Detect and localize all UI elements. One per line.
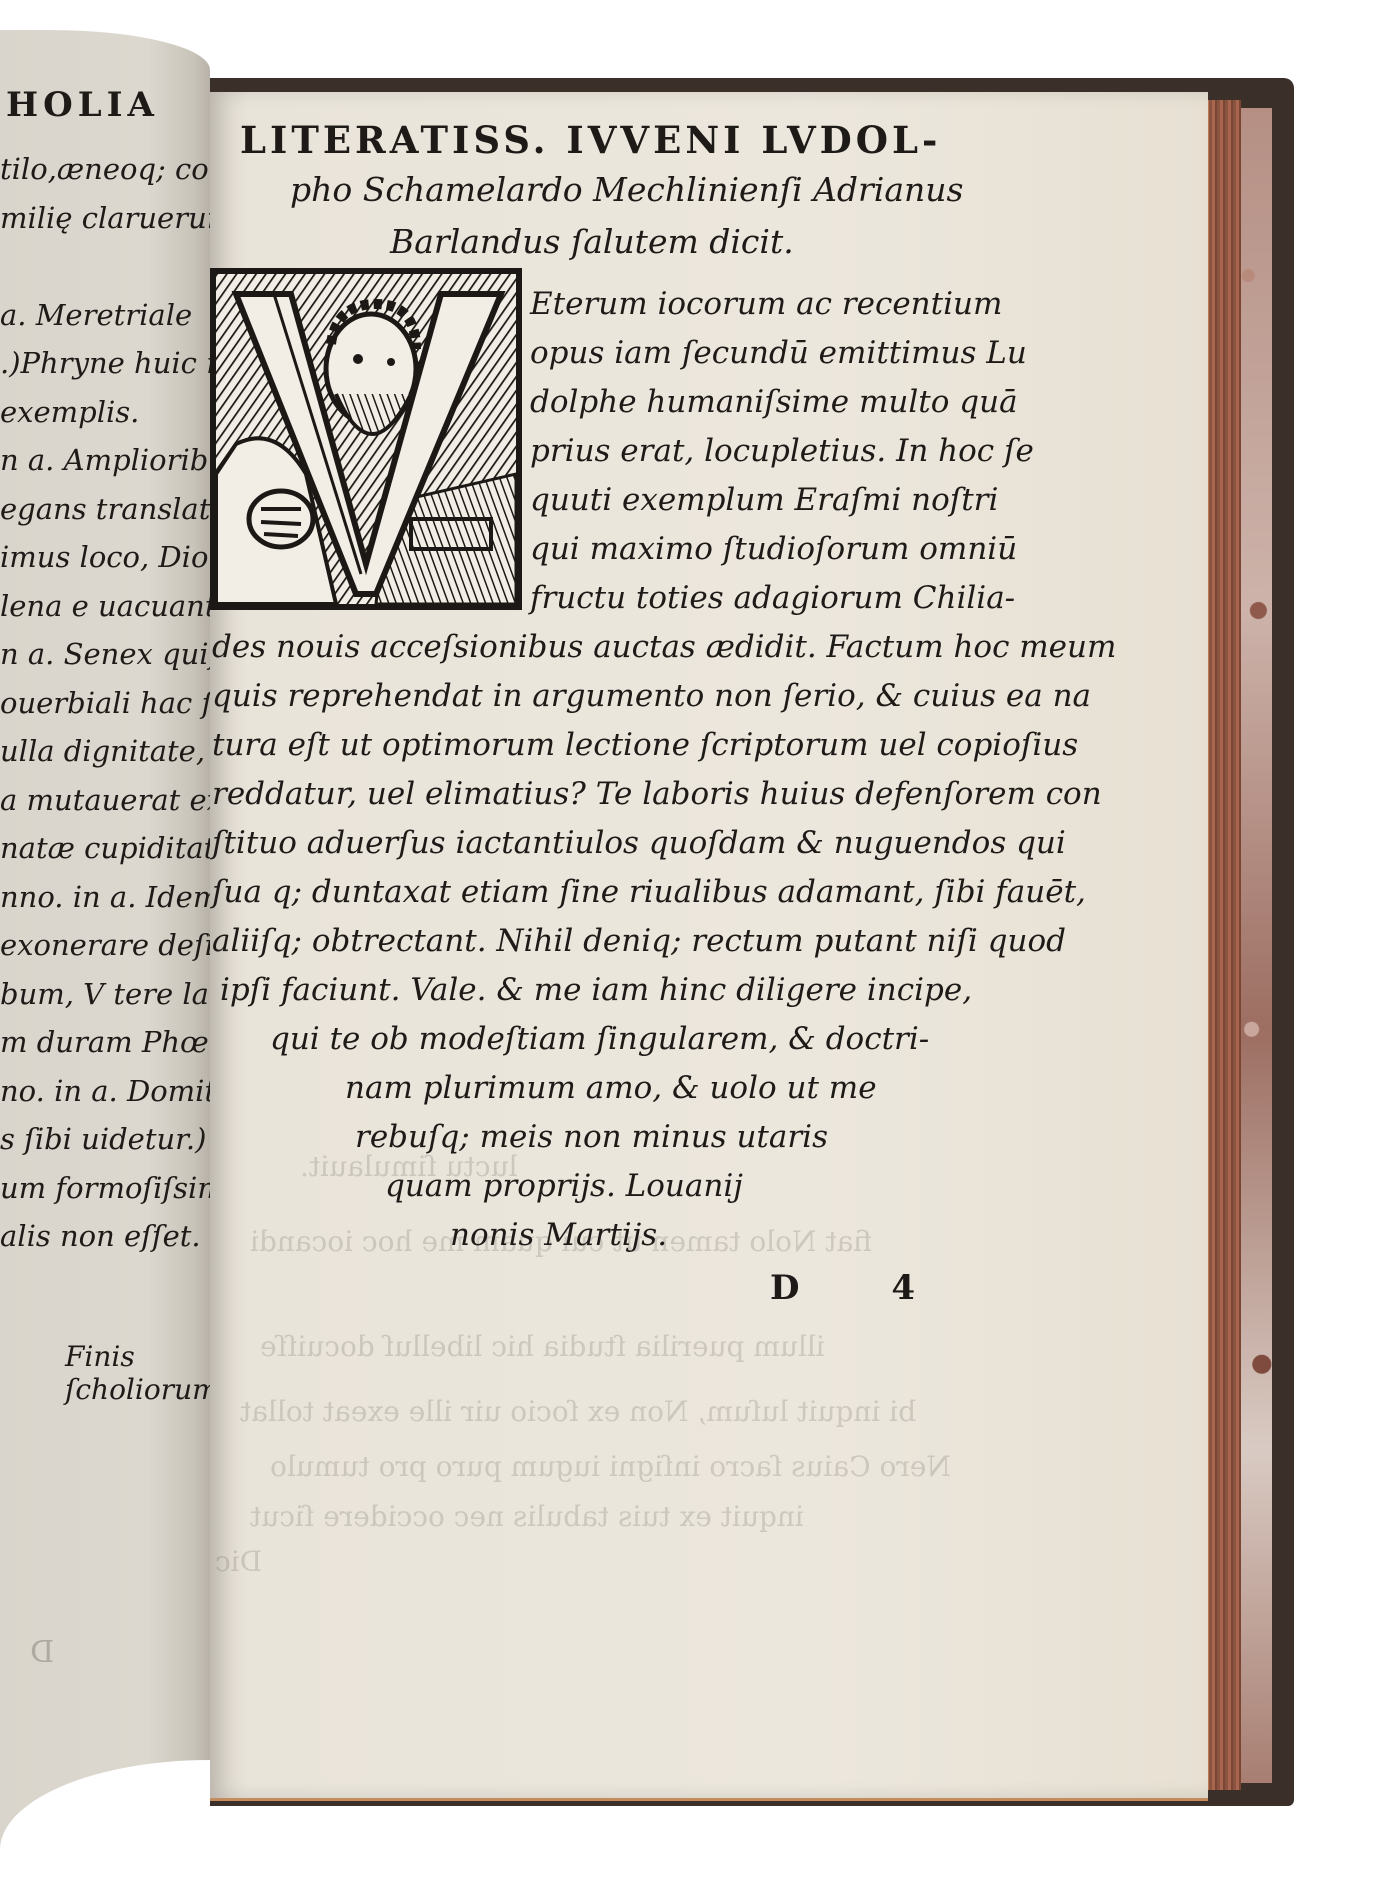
text-line: fructu toties adagiorum Chilia-: [530, 580, 1015, 616]
text-line: natæ cupiditatis & auar: [0, 824, 210, 873]
left-page-text: tilo,æneoq; colore. Suc milię claruerunt…: [0, 145, 210, 1261]
text-line: .)Phryne huic nomē fu: [0, 339, 210, 388]
text-line: um formoſiſsimus uide: [0, 1164, 210, 1213]
show-through-line: bi inquit luſum, Non ex ſocio uir ille e…: [240, 1395, 916, 1428]
text-line: ouerbiali hac ſententia: [0, 679, 210, 728]
text-line: imus loco, Dionyſium: [0, 533, 210, 582]
text-line: nno. in a. Idem fuit uidu: [0, 873, 210, 922]
text-line: reddatur, uel elimatius? Te laboris huiu…: [212, 776, 1102, 812]
woodcut-bearded-man-icon: [216, 274, 516, 604]
marbled-endpaper: [1238, 108, 1272, 1783]
show-through-line: illum puerilia ſtudia hic libelluſ docui…: [260, 1330, 825, 1363]
page-curl: [0, 1760, 210, 1850]
text-line: egans translatio, Simile: [0, 485, 210, 534]
open-book: luctu ſimulauit. fiat Nolo tamen ut cui …: [0, 0, 1373, 1890]
left-page: HOLIA tilo,æneoq; colore. Suc milię clar…: [0, 30, 210, 1850]
text-line: exonerare deſi.) Non d: [0, 921, 210, 970]
text-line: aliiſq; obtrectant. Nihil deniq; rectum …: [212, 923, 1066, 959]
text-line: lena e uacuantur, abijcie: [0, 582, 210, 631]
text-line: ſtituo aduerſus iactantiulos quoſdam & n…: [212, 825, 1066, 861]
text-line: qui te ob modeſtiam ſingularem, & doctri…: [270, 1021, 929, 1057]
red-page-edges: [1207, 100, 1241, 1790]
show-through-signature: D: [30, 1635, 54, 1670]
woodcut-initial-v: [210, 268, 522, 610]
text-line: n a. Senex quiſpiam.: [0, 630, 210, 679]
text-line: ipſi faciunt. Vale. & me iam hinc dilige…: [220, 972, 972, 1008]
text-line: des nouis acceſsionibus auctas ædidit. F…: [212, 629, 1116, 665]
text-line: milię claruerunt, alu: [0, 194, 210, 243]
signature-mark: D 4: [770, 1268, 955, 1308]
text-line: quuti exemplum Eraſmi noſtri: [530, 482, 998, 518]
text-line: alis non eſſet.: [0, 1212, 210, 1261]
text-line: nam plurimum amo, & uolo ut me: [345, 1070, 877, 1106]
text-line: [0, 242, 210, 291]
text-line: Eterum iocorum ac recentium: [530, 286, 1002, 322]
text-line: ulla dignitate, nullis mun: [0, 727, 210, 776]
text-line: ſua q; duntaxat etiam ſine riualibus ada…: [212, 874, 1086, 910]
show-through-line: Nero Caius ſacro inſigni iugum puro pro …: [270, 1450, 951, 1483]
show-through-line: inquit ex tuis tabulis nec occidere ſicu…: [250, 1500, 804, 1533]
text-line: qui maximo ſtudioſorum omniū: [530, 531, 1017, 567]
closing-line: Finis ſcholiorum.: [65, 1340, 210, 1406]
show-through-line: Dic: [215, 1545, 262, 1578]
text-line: exemplis.: [0, 388, 210, 437]
letter-heading: LITERATISS. IVVENI LVDOL-: [240, 118, 941, 162]
text-line: s ſibi uidetur.) Notatur: [0, 1115, 210, 1164]
text-line: tura eſt ut optimorum lectione ſcriptoru…: [212, 727, 1078, 763]
text-line: prius erat, locupletius. In hoc ſe: [530, 433, 1034, 469]
text-line: nonis Martijs.: [450, 1217, 667, 1253]
text-line: dolphe humaniſsime multo quā: [530, 384, 1018, 420]
text-line: quis reprehendat in argumento non ſerio,…: [212, 678, 1091, 714]
letter-subheading: pho Schamelardo Mechlinienſi Adrianus: [290, 170, 963, 209]
text-line: a mutauerat ex priuato: [0, 776, 210, 825]
text-line: quam proprijs. Louanij: [385, 1168, 743, 1204]
text-line: tilo,æneoq; colore. Suc: [0, 145, 210, 194]
text-line: n a. Amplioribus,: [0, 436, 210, 485]
text-line: opus iam ſecundū emittimus Lu: [530, 335, 1027, 371]
running-head: HOLIA: [6, 85, 159, 125]
text-line: m duram Phœbe a ami: [0, 1018, 210, 1067]
text-line: no. in a. Domitianus: [0, 1067, 210, 1116]
text-line: bum, V tere lactucis,: [0, 970, 210, 1019]
text-line: a. Meretriale: [0, 291, 210, 340]
letter-subheading: Barlandus ſalutem dicit.: [390, 222, 794, 261]
text-line: rebuſq; meis non minus utaris: [355, 1119, 828, 1155]
